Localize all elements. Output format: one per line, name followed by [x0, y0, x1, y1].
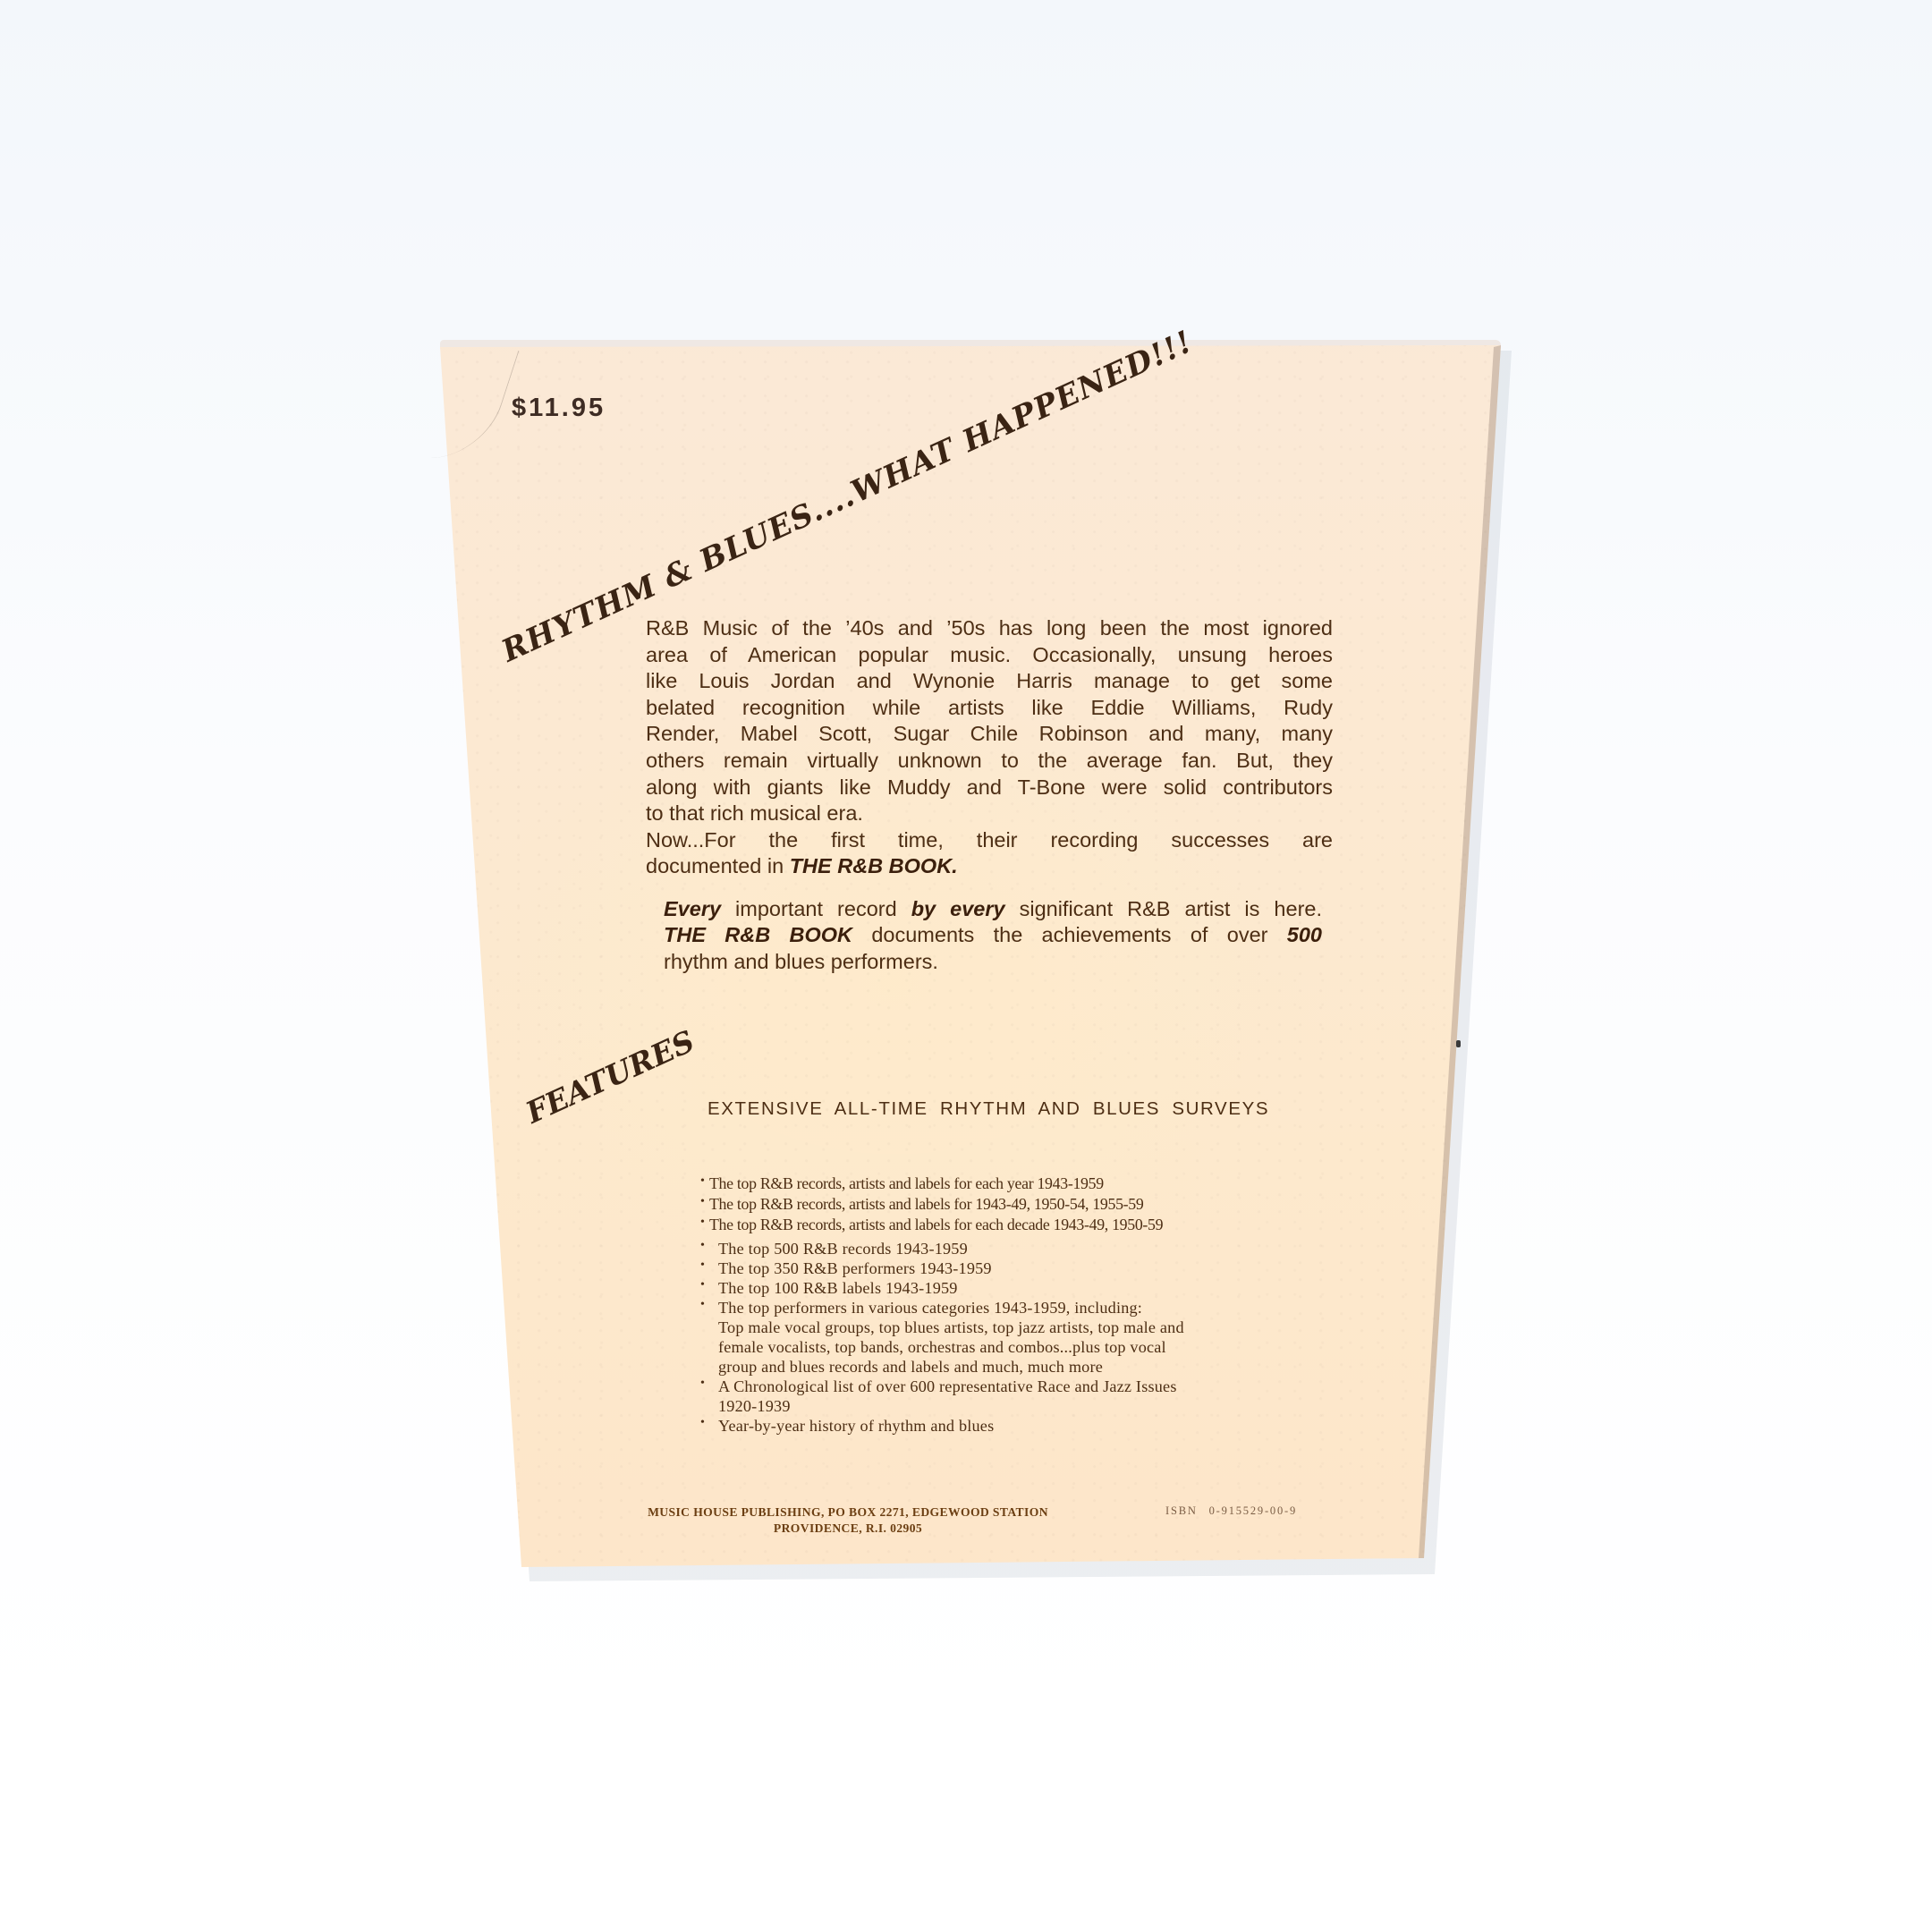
documented-line: documented in THE R&B BOOK.: [646, 853, 1333, 880]
feature-item: •The top 500 R&B records 1943-1959: [700, 1239, 1344, 1258]
isbn-label: ISBN: [1165, 1504, 1198, 1517]
bullet-icon: •: [700, 1212, 705, 1233]
isbn-value: 0-915529-00-9: [1209, 1504, 1297, 1517]
claim-text: important record: [721, 897, 911, 920]
feature-text: The top 350 R&B performers 1943-1959: [718, 1259, 992, 1277]
feature-item: •The top R&B records, artists and labels…: [700, 1194, 1344, 1215]
bullet-icon: •: [700, 1374, 705, 1394]
feature-item: •The top R&B records, artists and labels…: [700, 1174, 1344, 1194]
book-title: THE R&B BOOK.: [790, 854, 958, 877]
feature-list: •The top R&B records, artists and labels…: [700, 1174, 1344, 1436]
intro-line: like Louis Jordan and Wynonie Harris man…: [646, 668, 1333, 695]
bullet-icon: •: [700, 1191, 705, 1212]
feature-subtext: Top male vocal groups, top blues artists…: [718, 1318, 1344, 1337]
intro-line: along with giants like Muddy and T-Bone …: [646, 775, 1333, 801]
feature-item: •The top R&B records, artists and labels…: [700, 1215, 1344, 1235]
feature-text: A Chronological list of over 600 represe…: [718, 1377, 1177, 1395]
feature-subtext: female vocalists, top bands, orchestras …: [718, 1337, 1344, 1357]
feature-text: The top R&B records, artists and labels …: [709, 1174, 1104, 1192]
feature-subtext: 1920-1939: [718, 1396, 1344, 1416]
isbn-number: ISBN 0-915529-00-9: [1165, 1504, 1297, 1518]
claim-text: documents the achievements of over: [852, 923, 1287, 946]
documented-prefix: documented in: [646, 854, 790, 877]
intro-paragraph: R&B Music of the ’40s and ’50s has long …: [646, 615, 1333, 880]
feature-text: The top R&B records, artists and labels …: [709, 1216, 1163, 1233]
dust-speck: [1456, 1040, 1461, 1047]
intro-line: others remain virtually unknown to the a…: [646, 748, 1333, 775]
now-line: Now...For the first time, their recordin…: [646, 827, 1333, 854]
claim-line-1: Every important record by every signific…: [664, 896, 1322, 922]
intro-line: area of American popular music. Occasion…: [646, 642, 1333, 669]
bullet-icon: •: [700, 1295, 705, 1315]
claim-line-3: rhythm and blues performers.: [664, 949, 1322, 975]
intro-line: R&B Music of the ’40s and ’50s has long …: [646, 615, 1333, 642]
feature-item: •The top 100 R&B labels 1943-1959: [700, 1278, 1344, 1298]
surveys-heading: EXTENSIVE ALL-TIME RHYTHM AND BLUES SURV…: [708, 1098, 1269, 1120]
bullet-icon: •: [700, 1256, 705, 1275]
claim-text: significant R&B artist is here.: [1005, 897, 1322, 920]
publisher-address: MUSIC HOUSE PUBLISHING, PO BOX 2271, EDG…: [615, 1504, 1080, 1537]
feature-item: •The top 350 R&B performers 1943-1959: [700, 1258, 1344, 1278]
feature-item: •Year-by-year history of rhythm and blue…: [700, 1416, 1344, 1436]
price-label: $11.95: [512, 394, 606, 423]
bullet-icon: •: [700, 1275, 705, 1295]
feature-item: •A Chronological list of over 600 repres…: [700, 1377, 1344, 1416]
claim-book-title: THE R&B BOOK: [664, 923, 852, 946]
intro-line: belated recognition while artists like E…: [646, 695, 1333, 722]
publisher-line-2: PROVIDENCE, R.I. 02905: [615, 1521, 1080, 1537]
claim-by-every: by every: [911, 897, 1005, 920]
bullet-icon: •: [700, 1413, 705, 1433]
bullet-icon: •: [700, 1236, 705, 1256]
feature-subtext: group and blues records and labels and m…: [718, 1357, 1344, 1377]
feature-text: The top performers in various categories…: [718, 1299, 1142, 1317]
feature-text: Year-by-year history of rhythm and blues: [718, 1417, 994, 1435]
claim-count: 500: [1287, 923, 1322, 946]
intro-line: to that rich musical era.: [646, 801, 1333, 827]
claim-every: Every: [664, 897, 721, 920]
bullet-icon: •: [700, 1171, 705, 1191]
feature-item: •The top performers in various categorie…: [700, 1298, 1344, 1377]
claim-line-2: THE R&B BOOK documents the achievements …: [664, 922, 1322, 948]
publisher-line-1: MUSIC HOUSE PUBLISHING, PO BOX 2271, EDG…: [615, 1504, 1080, 1521]
intro-line: Render, Mabel Scott, Sugar Chile Robinso…: [646, 721, 1333, 748]
feature-text: The top R&B records, artists and labels …: [709, 1195, 1144, 1213]
claim-paragraph: Every important record by every signific…: [664, 896, 1322, 975]
feature-text: The top 500 R&B records 1943-1959: [718, 1240, 968, 1258]
feature-text: The top 100 R&B labels 1943-1959: [718, 1279, 958, 1297]
